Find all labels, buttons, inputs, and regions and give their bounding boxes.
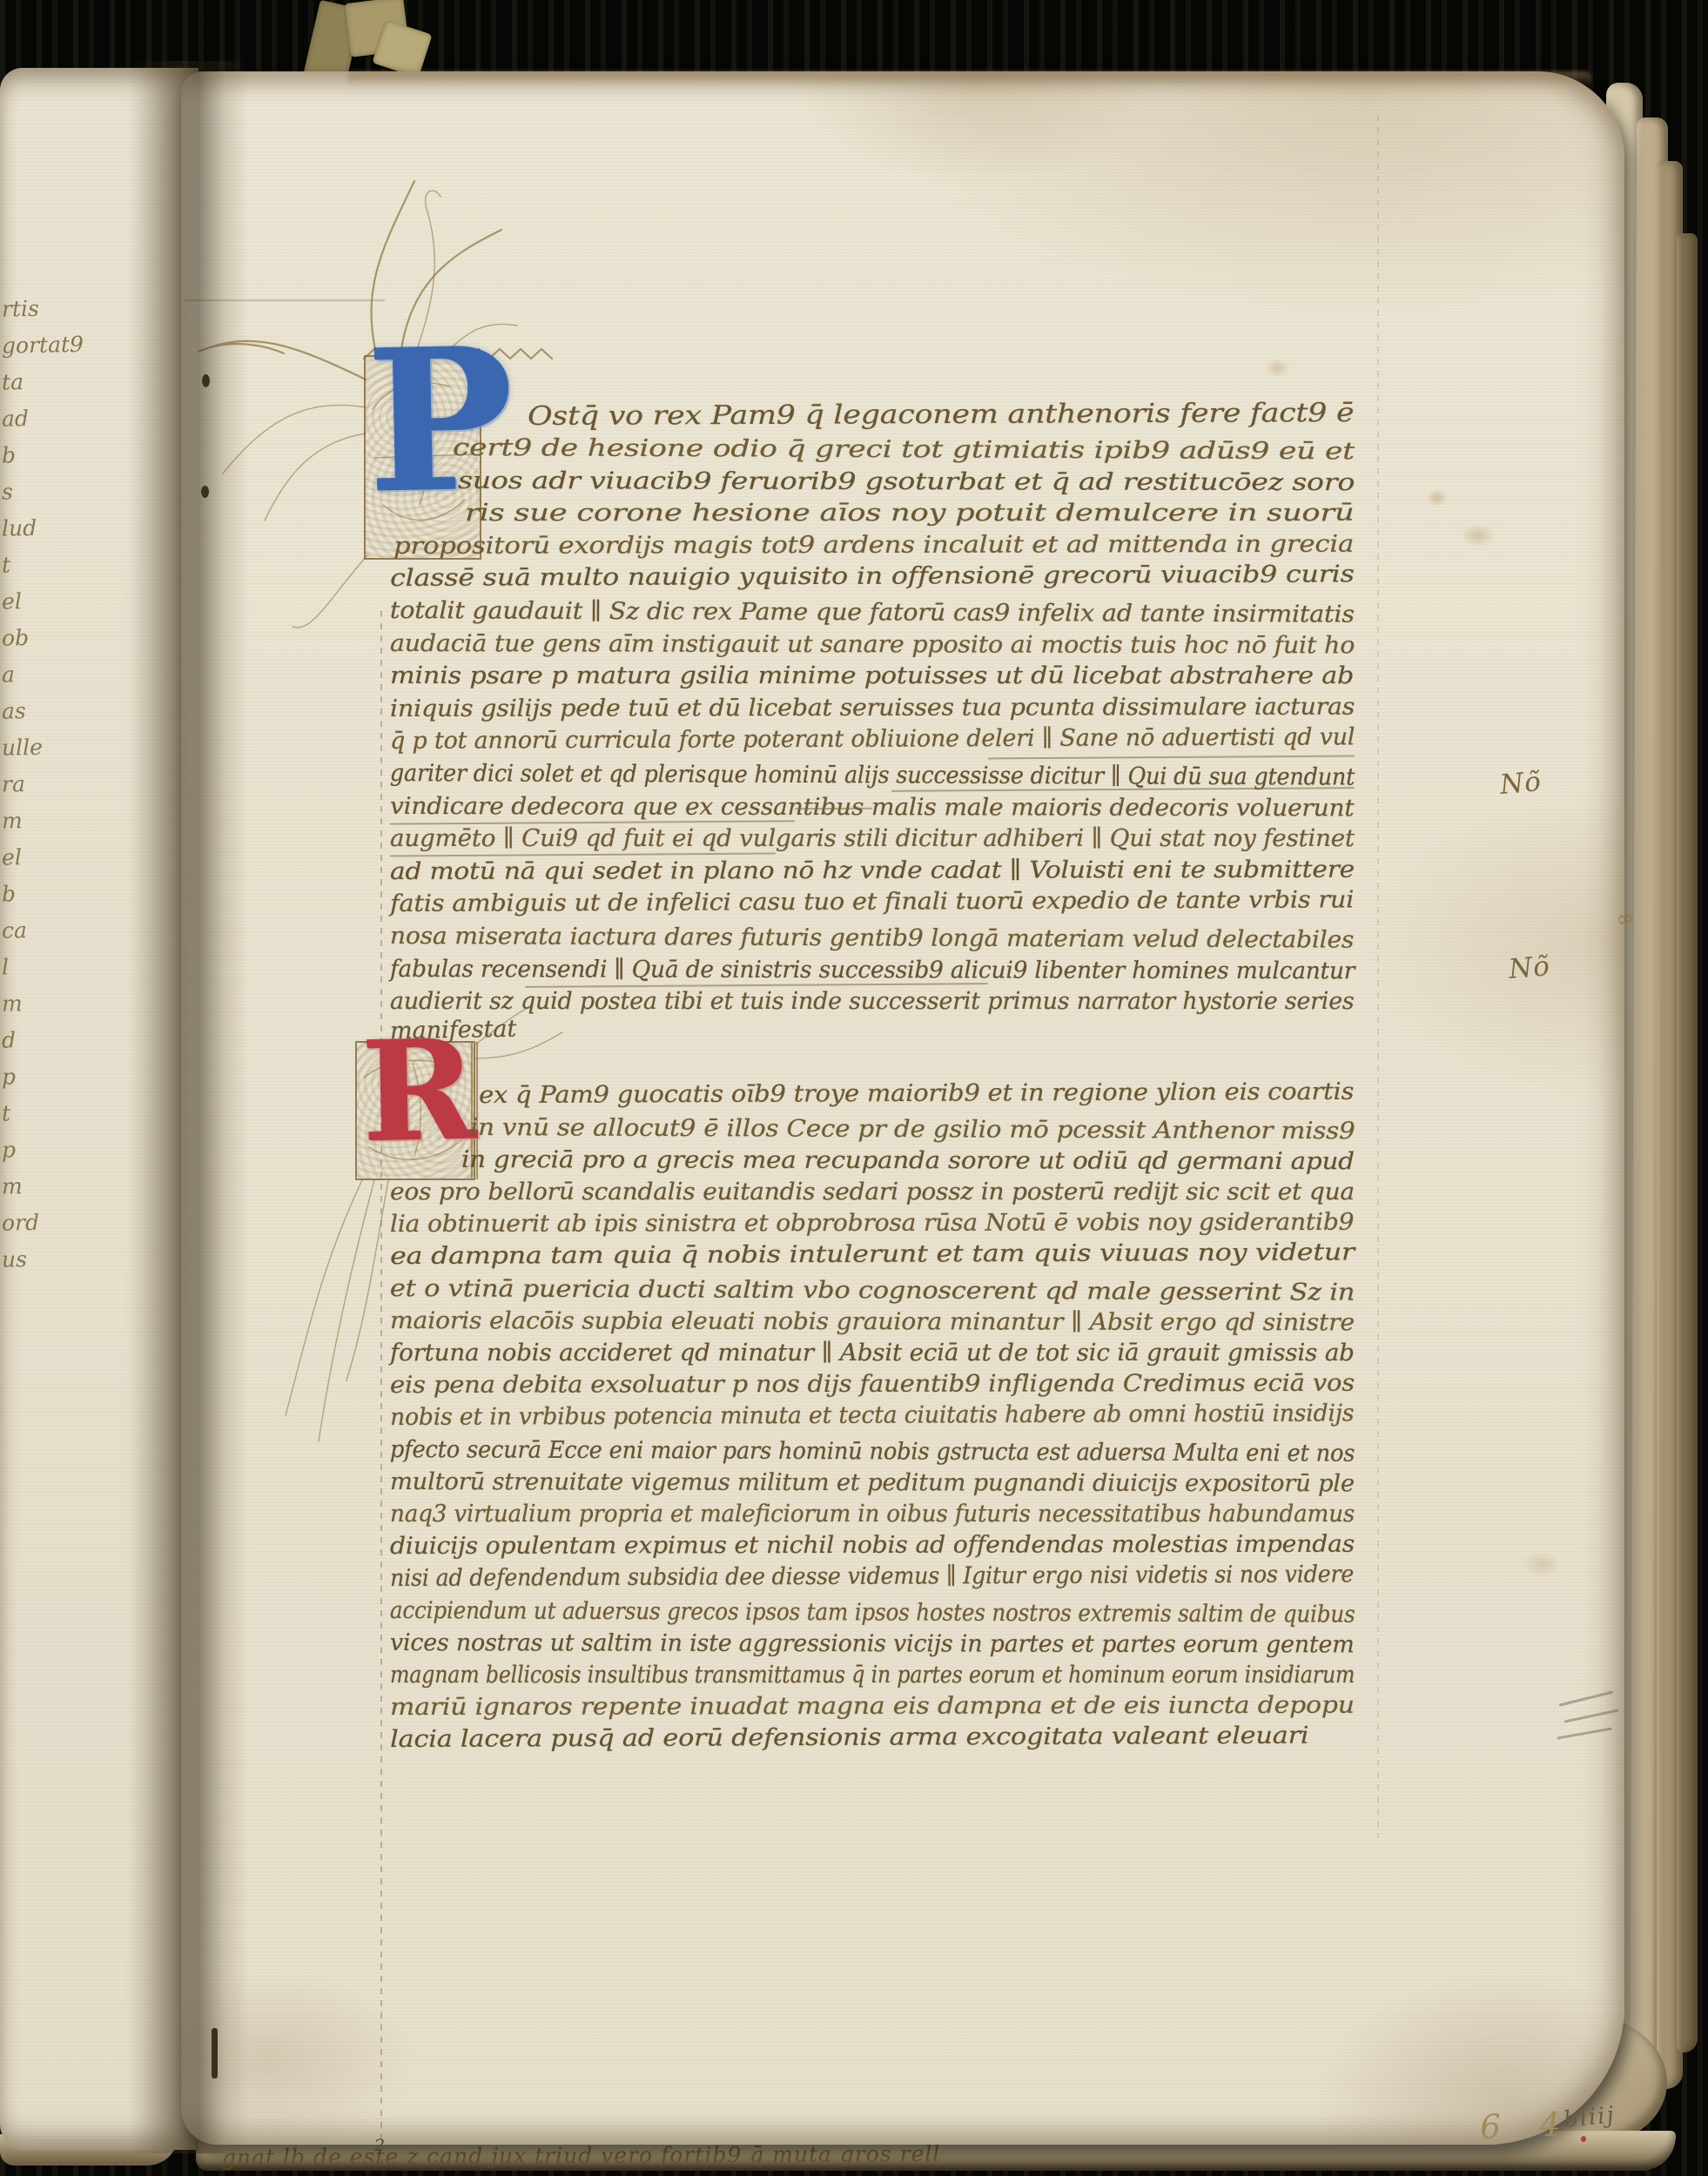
text-line: vices nostras ut saltim in iste aggressi… (390, 1631, 1355, 1656)
text-line: in vnū se allocut9 ē illos Cece pr de gs… (470, 1116, 1355, 1143)
facing-page-text-fragment: ulle (2, 734, 63, 760)
facing-page-text-fragment: as (2, 697, 63, 723)
text-line: eos pro bellorū scandalis euitandis seda… (390, 1180, 1355, 1204)
text-line: suos adr viuacib9 feruorib9 gsoturbat et… (458, 469, 1355, 494)
facing-page-text-fragment: p (2, 1136, 63, 1162)
text-line: iniquis gsilijs pede tuū et dū licebat s… (390, 695, 1355, 721)
facing-page-text-fragment: ad (2, 405, 63, 431)
text-line: lacia lacera pusq̄ ad eorū defensionis a… (390, 1724, 1308, 1751)
text-line: in greciā pro a grecis mea recupanda sor… (461, 1148, 1355, 1173)
foxing-stain (1461, 524, 1496, 547)
facing-page-text-fragment: b (2, 441, 63, 467)
facing-page-text-fragment: t (2, 1099, 63, 1125)
text-line: propositorū exordijs magis tot9 ardens i… (393, 533, 1354, 558)
facing-page-text-fragment: ob (2, 624, 63, 650)
sewing-hole (202, 374, 210, 387)
text-line: ris sue corone hesione aīos noy potuit d… (465, 501, 1355, 525)
facing-page-text-fragment: t (2, 551, 63, 577)
illuminated-initial-r: R (355, 1041, 475, 1180)
text-line: fabulas recensendi ∥ Quā de sinistris su… (390, 957, 1355, 983)
facing-page-text-fragment: ta (2, 368, 63, 394)
text-line: cert9 de hesione odio q̄ greci tot gtimi… (453, 436, 1355, 463)
facing-page-text-fragment: a (2, 661, 63, 687)
foxing-stain (1265, 359, 1291, 378)
text-line: fortuna nobis accideret qd minatur ∥ Abs… (390, 1341, 1355, 1365)
facing-page-text-fragment: el (2, 588, 63, 614)
foxing-stain (1426, 489, 1449, 507)
margin-nota-mark: Nõ (1508, 950, 1552, 985)
facing-page-text-fragment: d (2, 1026, 63, 1052)
text-line: gariter dici solet et qd plerisque homin… (390, 762, 1355, 789)
foxing-stain (1522, 1551, 1562, 1577)
text-line: nisi ad defendendum subsidia dee diesse … (390, 1562, 1354, 1590)
text-line: minis psare p matura gsilia minime potui… (390, 664, 1354, 688)
margin-nota-mark: Nõ (1499, 766, 1543, 801)
text-line: magnam bellicosis insultibus transmittam… (390, 1663, 1355, 1687)
text-line: fatis ambiguis ut de infelici casu tuo e… (390, 888, 1354, 916)
text-line: maioris elacōis supbia eleuati nobis gra… (390, 1309, 1355, 1334)
facing-page-text-fragment: ra (2, 770, 63, 796)
text-line: audierit sz quid postea tibi et tuis ind… (390, 990, 1355, 1013)
text-line: naq3 virtualium propria et maleficiorum … (390, 1502, 1355, 1526)
initial-letter-r: R (361, 1037, 478, 1149)
facing-page-text-fragment: us (2, 1246, 63, 1272)
facing-page-text-fragment: m (2, 990, 63, 1016)
facing-page-text-fragment: rtis (2, 295, 63, 321)
ruling-number: 2 (374, 2136, 385, 2155)
text-line: totalit gaudauit ∥ Sz dic rex Pame que f… (390, 599, 1355, 627)
text-line: nobis et in vrbibus potencia minuta et t… (390, 1401, 1354, 1429)
text-line: accipiendum ut aduersus grecos ipsos tam… (390, 1599, 1355, 1627)
facing-page-text-fragment: p (2, 1063, 63, 1089)
facing-page-text-fragment: el (2, 843, 63, 870)
sewing-hole (201, 486, 209, 498)
ink-underline (988, 756, 1355, 760)
facing-page-text-fragment: lud (2, 514, 63, 541)
text-line: ex q̄ Pam9 guocatis oīb9 troye maiorib9 … (479, 1080, 1354, 1107)
text-line: eis pena debita exsoluatur p nos dijs fa… (390, 1372, 1355, 1397)
edge-smudge (1559, 1690, 1614, 1706)
facing-page-text-fragment: b (2, 880, 63, 906)
facing-page-text-fragment: ord (2, 1209, 63, 1235)
quire-signature: biiij (1563, 2102, 1617, 2133)
red-dot-mark (1581, 2136, 1586, 2142)
manuscript-page: P R Nõ Nõ 8 Ostq̄ vo rex Pam9 q̄ legacon… (181, 71, 1624, 2145)
text-line: q̄ p tot annorū curricula forte poterant… (390, 725, 1355, 753)
edge-smudge (1557, 1727, 1612, 1739)
text-line: diuicijs opulentam expimus et nichil nob… (390, 1533, 1355, 1558)
text-line: mariū ignaros repente inuadat magna eis … (390, 1694, 1355, 1719)
ruling-line-right (1377, 115, 1379, 1838)
text-line: audaciā tue gens aīm instigauit ut sanar… (390, 632, 1355, 657)
text-line: multorū strenuitate vigemus militum et p… (390, 1470, 1355, 1495)
ink-underline (390, 852, 776, 856)
facing-page-text-fragment: ca (2, 917, 63, 943)
page-top-soiling (346, 71, 1591, 87)
text-line: lia obtinuerit ab ipis sinistra et obpro… (390, 1211, 1354, 1236)
text-line: ad motū nā qui sedet in plano nō hz vnde… (390, 858, 1355, 883)
text-line: classē suā multo nauigio yquisito in off… (390, 562, 1355, 590)
facing-page-text-fragment: gortat9 (2, 332, 63, 358)
folio-number: 6 4 (1479, 2105, 1575, 2146)
facing-page-sliver: rtisgortat9taadbsludtelobaasulleramelbca… (0, 68, 198, 2150)
sewing-slot (212, 2028, 218, 2079)
text-line: Ostq̄ vo rex Pam9 q̄ legaconem anthenori… (528, 400, 1354, 430)
facing-page-text-fragment: l (2, 953, 63, 979)
text-line: augmēto ∥ Cui9 qd fuit ei qd vulgaris st… (390, 827, 1355, 850)
paragraph-1-catchline: manifestat (390, 1016, 517, 1045)
facing-page-text-fragment: m (2, 807, 63, 833)
edge-smudge (1563, 1709, 1618, 1723)
facing-page-text-fragment: m (2, 1172, 63, 1199)
facing-page-text-fragment: s (2, 478, 63, 504)
next-leaf-peek-text: gnat lb de este z cand jux triud vero fo… (222, 2141, 940, 2170)
page-stack-edge (1677, 233, 1698, 2052)
text-line: et o vtinā puericia ducti saltim vbo cog… (390, 1277, 1355, 1305)
text-line: ea dampna tam quia q̄ nobis intulerunt e… (390, 1240, 1355, 1268)
text-line: nosa miserata iactura dares futuris gent… (390, 924, 1354, 952)
text-line: pfecto securā Ecce eni maior pars hominū… (390, 1438, 1355, 1466)
